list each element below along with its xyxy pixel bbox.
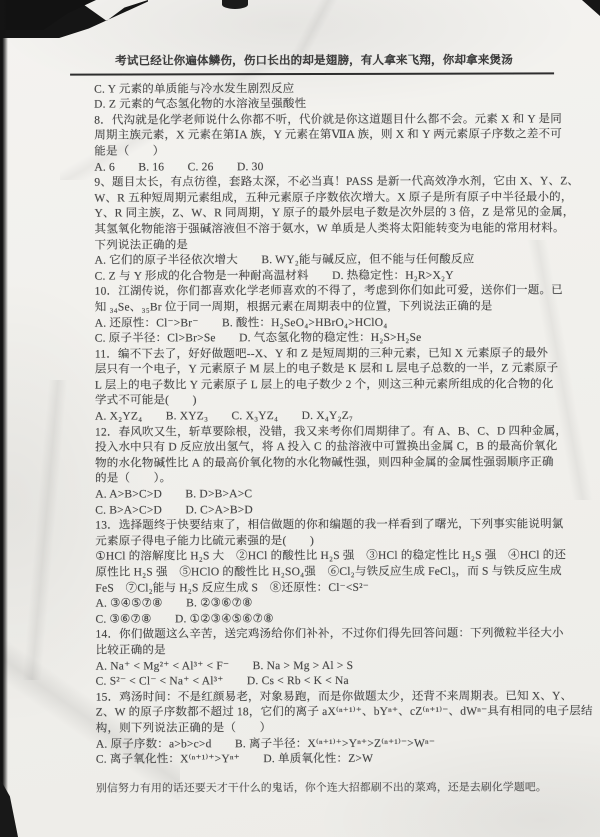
q12-stem-line-2: 投入水中只有 D 反应放出氢气，将 A 投入 C 的盐溶液中可置换出金属 C，B… <box>95 440 551 457</box>
q8-options: A. 6 B. 16 C. 26 D. 30 <box>94 159 550 176</box>
q14-options-ab: A. Na⁺ < Mg²⁺ < Al³⁺ < F⁻ B. Na > Mg > A… <box>96 658 552 675</box>
footer-quote: 别信努力有用的话还要天才干什么的鬼话，你个连大招都刷不出的菜鸡，还是去刷化学题吧… <box>96 780 552 797</box>
q10-options-ab: A. 还原性：Cl⁻>Br⁻ B. 酸性：H₂SeO₄>HBrO₄>HClO₄ <box>95 315 551 332</box>
q8-stem-line-3: 能是（ ） <box>94 143 550 160</box>
scanner-shadow-bottom-left <box>0 779 18 837</box>
q10-stem-line-2: 知 ₃₄Se、₃₅Br 位于同一周期，根据元素在周期表中的位置，下列说法正确的是 <box>95 299 551 316</box>
q11-stem-line-3: L 层上的电子数比 Y 元素原子 L 层上的电子数少 2 个，则这三种元素所组成… <box>95 377 551 394</box>
paper-crease <box>10 380 80 680</box>
q8-stem-line-2: 周期主族元素，X 元素在第ⅠA 族，Y 元素在第ⅦA 族，则 X 和 Y 两元素… <box>94 128 550 145</box>
q9-stem-line-2: W、R 五种短周期元素组成，五种元素原子序数依次增大。X 原子是所有原子中半径最… <box>94 190 550 207</box>
q13-options-cd: C. ③⑥⑦⑧ D. ①②③④⑤⑥⑦⑧ <box>95 611 551 628</box>
q9-stem-line-4: 其氢氧化物能溶于强碱溶液但不溶于氨水，W 单质是人类将太阳能转变为电能的常用材料… <box>94 221 550 238</box>
q14-stem-line-2: 比较正确的是 <box>96 642 552 659</box>
exam-text-block: 考试已经让你遍体鳞伤，伤口长出的却是翅膀，有人拿来飞翔，你却拿来煲汤 C. Y … <box>94 53 552 797</box>
q10-options-cd: C. 原子半径：Cl>Br>Se D. 气态氢化物的稳定性：H₂S>H₂Se <box>95 330 551 347</box>
q12-options-cd: C. B>A>C>D D. C>A>B>D <box>95 502 551 519</box>
q15-stem-line-1: 15．鸡汤时间：不是红颜易老，对象易跑，而是你做题太少，还背不来周期表。已知 X… <box>96 689 552 706</box>
scanner-shadow-top-right <box>578 0 600 16</box>
q13-options-ab: A. ③④⑤⑦⑧ B. ②③⑥⑦⑧ <box>95 596 551 613</box>
header-quote: 考试已经让你遍体鳞伤，伤口长出的却是翅膀，有人拿来飞翔，你却拿来煲汤 <box>70 53 554 75</box>
q8-stem-line-1: 8．代沟就是化学老师说什么你都不听，代价就是你这道题目什么都不会。元素 X 和 … <box>94 112 550 129</box>
prev-question-option-c: C. Y 元素的单质能与冷水发生剧烈反应 <box>94 81 550 98</box>
q13-stem-line-2: 元素原子得电子能力比硫元素强的是( ) <box>95 533 551 550</box>
q15-stem-line-2: Z、W 的原子序数都不超过 18，它们的离子 aX⁽ⁿ⁺¹⁾⁺、bYⁿ⁺、cZ⁽… <box>96 705 552 722</box>
q14-options-cd: C. S²⁻ < Cl⁻ < Na⁺ < Al³⁺ D. Cs < Rb < K… <box>96 674 552 691</box>
q9-options-ab: A. 它们的原子半径依次增大 B. WY₂能与碱反应，但不能与任何酸反应 <box>95 253 551 270</box>
q13-items-line-2: 原性比 H₂S 强 ⑤HClO 的酸性比 H₂SO₄强 ⑥Cl₂与铁反应生成 F… <box>95 564 551 581</box>
scanner-shadow-left-edge <box>0 0 8 837</box>
q9-prompt: 下列说法正确的是 <box>95 237 551 254</box>
q11-stem-line-2: 层只有一个电子，Y 元素原子 M 层上的电子数是 K 层和 L 层电子总数的一半… <box>95 362 551 379</box>
q12-stem-line-1: 12．春风吹又生，斩草要除根，没错，我又来考你们周期律了。有 A、B、C、D 四… <box>95 424 551 441</box>
prev-question-option-d: D. Z 元素的气态氢化物的水溶液呈强酸性 <box>94 97 550 114</box>
q11-stem-line-1: 11．编不下去了，好好做题吧--X、Y 和 Z 是短周期的三种元素，已知 X 元… <box>95 346 551 363</box>
q11-options: A. X₂YZ₄ B. XYZ₃ C. X₃YZ₄ D. X₄Y₂Z₇ <box>95 408 551 425</box>
q13-items-line-1: ①HCl 的溶解度比 H₂S 大 ②HCl 的酸性比 H₂S 强 ③HCl 的稳… <box>95 549 551 566</box>
q10-stem-line-1: 10．江湖传说，你们都喜欢化学老师喜欢的不得了，考虑到你们如此可爱，送你们一题。… <box>95 284 551 301</box>
q9-stem-line-1: 9、题目太长，有点彷徨，套路太深，不必当真！PASS 是新一代高效净水剂，它由 … <box>94 175 550 192</box>
q13-stem-line-1: 13．选择题终于快要结束了，相信做题的你和编题的我一样看到了曙光，下列事实能说明… <box>95 518 551 535</box>
q12-stem-line-3: 物的水化物碱性比 A 的最高价氧化物的水化物碱性强，则四种金属的金属性强弱顺序正… <box>95 455 551 472</box>
q13-items-line-3: FeS ⑦Cl₂能与 H₂S 反应生成 S ⑧还原性：Cl⁻<S²⁻ <box>95 580 551 597</box>
scanned-exam-page: 考试已经让你遍体鳞伤，伤口长出的却是翅膀，有人拿来飞翔，你却拿来煲汤 C. Y … <box>0 0 600 837</box>
q14-stem-line-1: 14．你们做题这么辛苦，送完鸡汤给你们补补，不过你们得先回答问题：下列微粒半径大… <box>96 627 552 644</box>
q15-options-ab: A. 原子序数：a>b>c>d B. 离子半径：X⁽ⁿ⁺¹⁾⁺>Yⁿ⁺>Z⁽ⁿ⁺… <box>96 736 552 753</box>
q12-options-ab: A. A>B>C>D B. D>B>A>C <box>95 486 551 503</box>
q11-stem-line-4: 学式不可能是( ) <box>95 393 551 410</box>
q12-stem-line-4: 的是（ ）。 <box>95 471 551 488</box>
q15-stem-line-3: 构，则下列说法正确的是（ ） <box>96 720 552 737</box>
q9-stem-line-3: Y、R 同主族，Z、W、R 同周期，Y 原子的最外层电子数是次外层的 3 倍，Z… <box>94 206 550 223</box>
scanner-shadow-top-middle <box>222 0 248 9</box>
q9-options-cd: C. Z 与 Y 形成的化合物是一种耐高温材料 D. 热稳定性：H₂R>X₂Y <box>95 268 551 285</box>
q15-options-cd: C. 离子氧化性：X⁽ⁿ⁺¹⁾⁺>Yⁿ⁺ D. 单质氧化性：Z>W <box>96 752 552 769</box>
